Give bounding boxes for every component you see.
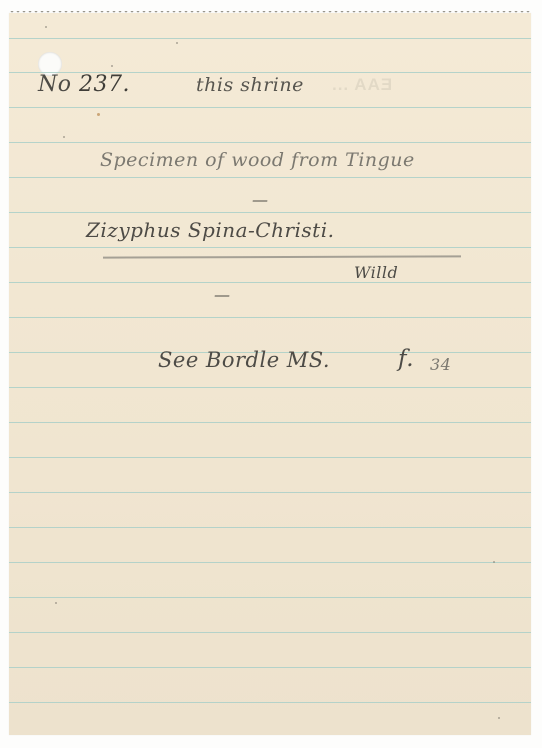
paper-speck — [45, 26, 47, 28]
number-value: 237. — [79, 72, 130, 97]
bleed-through-text: EAA ... — [331, 75, 392, 95]
ruled-line — [9, 247, 531, 248]
separator-dash: — — [214, 285, 231, 304]
paper-speck — [55, 602, 57, 604]
folio-page-number: 34 — [430, 355, 451, 374]
ruled-line — [9, 107, 531, 108]
ruled-line — [9, 527, 531, 528]
scan-background: EAA ... No 237. this shrine Specimen of … — [0, 0, 542, 748]
paper-speck — [63, 136, 65, 138]
ruled-line — [9, 597, 531, 598]
ruled-line — [9, 492, 531, 493]
ruled-line — [9, 317, 531, 318]
ruled-line — [9, 632, 531, 633]
manuscript-reference: See Bordle MS. — [158, 348, 330, 372]
ruled-line — [9, 38, 531, 39]
latin-name: Zizyphus Spina-Christi. — [86, 218, 334, 242]
ruled-line — [9, 667, 531, 668]
notepaper-sheet: EAA ... — [9, 13, 531, 735]
ruled-line — [9, 422, 531, 423]
specimen-description: Specimen of wood from Tingue — [100, 149, 415, 171]
ruled-line — [9, 702, 531, 703]
entry-title: this shrine — [196, 74, 304, 96]
paper-speck — [493, 561, 495, 563]
ruled-line — [9, 387, 531, 388]
catalogue-number: No 237. — [38, 72, 130, 97]
ruled-line — [9, 457, 531, 458]
ruled-line — [9, 282, 531, 283]
number-prefix: No — [38, 72, 72, 97]
folio-mark: f. — [398, 346, 414, 372]
ruled-line — [9, 142, 531, 143]
paper-speck — [111, 65, 113, 67]
ruled-line — [9, 177, 531, 178]
perforated-top-edge — [9, 11, 531, 15]
paper-speck — [498, 717, 500, 719]
foxing-spot — [97, 113, 100, 116]
ruled-line — [9, 562, 531, 563]
paper-speck — [176, 42, 178, 44]
ruled-line — [9, 212, 531, 213]
separator-dash: — — [252, 190, 269, 209]
botanical-authority: Willd — [354, 263, 398, 282]
